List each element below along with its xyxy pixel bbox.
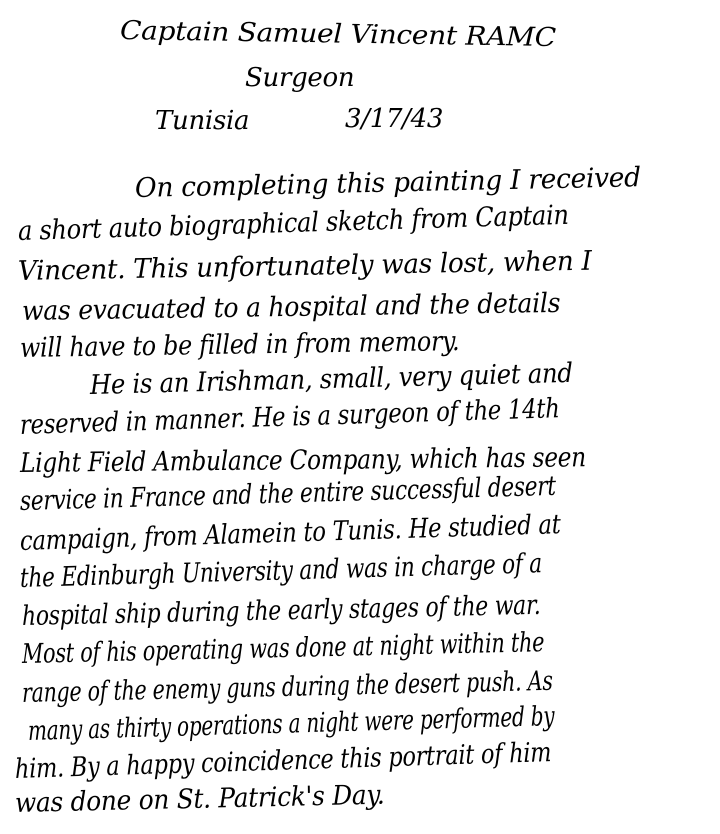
body-line-3: Vincent. This unfortunately was lost, wh… <box>18 248 592 285</box>
body-line-10: campaign, from Alamein to Tunis. He stud… <box>20 511 561 555</box>
body-line-4: was evacuated to a hospital and the deta… <box>22 290 561 325</box>
body-line-13: Most of his operating was done at night … <box>22 629 545 668</box>
body-line-11: the Edinburgh University and was in char… <box>20 550 542 592</box>
header-role-line: Surgeon <box>245 65 354 91</box>
handwritten-letter-page: Captain Samuel Vincent RAMC Surgeon Tuni… <box>0 0 720 834</box>
body-line-16: him. By a happy coincidence this portrai… <box>15 739 552 783</box>
body-line-2: a short auto biographical sketch from Ca… <box>18 202 569 245</box>
body-line-9: service in France and the entire success… <box>20 473 556 515</box>
body-line-5: will have to be filled in from memory. <box>20 328 460 362</box>
header-place: Tunisia <box>155 108 249 134</box>
body-line-6: He is an Irishman, small, very quiet and <box>90 360 573 399</box>
body-line-1: On completing this painting I received <box>135 164 641 202</box>
header-name-line: Captain Samuel Vincent RAMC <box>120 18 556 51</box>
body-line-14: range of the enemy guns during the deser… <box>22 668 553 707</box>
body-line-12: hospital ship during the early stages of… <box>22 592 541 630</box>
body-line-17: was done on St. Patrick's Day. <box>15 782 385 817</box>
body-line-7: reserved in manner. He is a surgeon of t… <box>20 395 560 439</box>
header-date: 3/17/43 <box>345 106 443 132</box>
